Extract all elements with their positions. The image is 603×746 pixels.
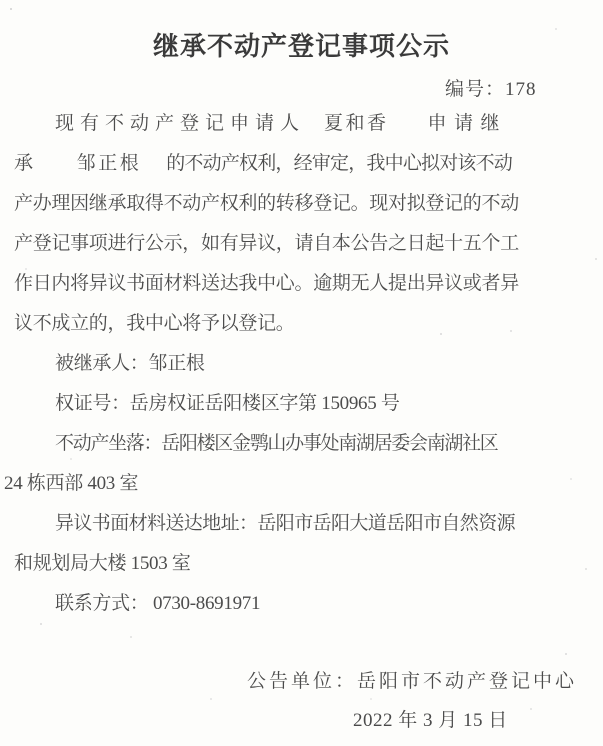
decedent-name: 邹正根: [77, 148, 142, 175]
line1-prefix: 现有不动产登记申请人: [55, 108, 305, 135]
scan-noise: [10, 8, 12, 10]
objection-address-line-2: 和规划局大楼 1503 室: [14, 541, 592, 581]
notice-number-label: 编号：: [445, 79, 505, 100]
certificate-detail-text: 权证号：岳房权证岳阳楼区字第 150965 号: [55, 388, 400, 415]
line1-suffix: 申请继: [428, 108, 508, 135]
applicant-name: 夏和香: [324, 108, 389, 135]
notice-body: 现有不动产登记申请人 夏和香 申请继 承 邹正根 的不动产权利，经审定，我中心拟…: [14, 101, 592, 621]
line2-suffix: 的不动产权利，经审定，我中心拟对该不动: [166, 148, 512, 175]
objection-address-text-2: 和规划局大楼 1503 室: [14, 548, 191, 575]
paragraph-line-1: 现有不动产登记申请人 夏和香 申请继: [14, 101, 592, 141]
location-text-2: 24 栋西部 403 室: [4, 468, 138, 495]
objection-address-text-1: 异议书面材料送达地址：岳阳市岳阳大道岳阳市自然资源: [55, 508, 515, 535]
paragraph-line-3: 产办理因继承取得不动产权利的转移登记。现对拟登记的不动: [14, 181, 592, 221]
notice-number: 编号：178: [445, 74, 537, 101]
line3-text: 产办理因继承取得不动产权利的转移登记。现对拟登记的不动: [14, 188, 519, 215]
decedent-detail-line: 被继承人：邹正根: [14, 341, 592, 381]
contact-text: 联系方式： 0730-8691971: [55, 588, 260, 615]
footer-date: 2022 年 3 月 15 日: [353, 705, 508, 732]
document-title: 继承不动产登记事项公示: [0, 26, 603, 63]
line2-prefix: 承: [14, 148, 33, 175]
footer-issuer: 公告单位：岳阳市不动产登记中心: [247, 666, 577, 693]
objection-address-line-1: 异议书面材料送达地址：岳阳市岳阳大道岳阳市自然资源: [14, 501, 592, 541]
paragraph-line-4: 产登记事项进行公示，如有异议，请自本公告之日起十五个工: [14, 221, 592, 261]
location-line-1: 不动产坐落：岳阳楼区金鹗山办事处南湖居委会南湖社区: [14, 421, 592, 461]
certificate-detail-line: 权证号：岳房权证岳阳楼区字第 150965 号: [14, 381, 592, 421]
decedent-detail-text: 被继承人：邹正根: [55, 348, 205, 375]
line4-text: 产登记事项进行公示，如有异议，请自本公告之日起十五个工: [14, 228, 519, 255]
line5-text: 作日内将异议书面材料送达我中心。逾期无人提出异议或者异: [14, 268, 519, 295]
scanned-notice-document: 继承不动产登记事项公示 编号：178 现有不动产登记申请人 夏和香 申请继 承 …: [0, 0, 603, 746]
paragraph-line-2: 承 邹正根 的不动产权利，经审定，我中心拟对该不动: [14, 141, 592, 181]
location-line-2: 24 栋西部 403 室: [4, 461, 592, 501]
notice-number-value: 178: [505, 79, 537, 100]
paragraph-line-5: 作日内将异议书面材料送达我中心。逾期无人提出异议或者异: [14, 261, 592, 301]
paragraph-line-6: 议不成立的，我中心将予以登记。: [14, 301, 592, 341]
location-text-1: 不动产坐落：岳阳楼区金鹗山办事处南湖居委会南湖社区: [55, 428, 498, 455]
line6-text: 议不成立的，我中心将予以登记。: [14, 308, 295, 335]
contact-line: 联系方式： 0730-8691971: [14, 581, 592, 621]
